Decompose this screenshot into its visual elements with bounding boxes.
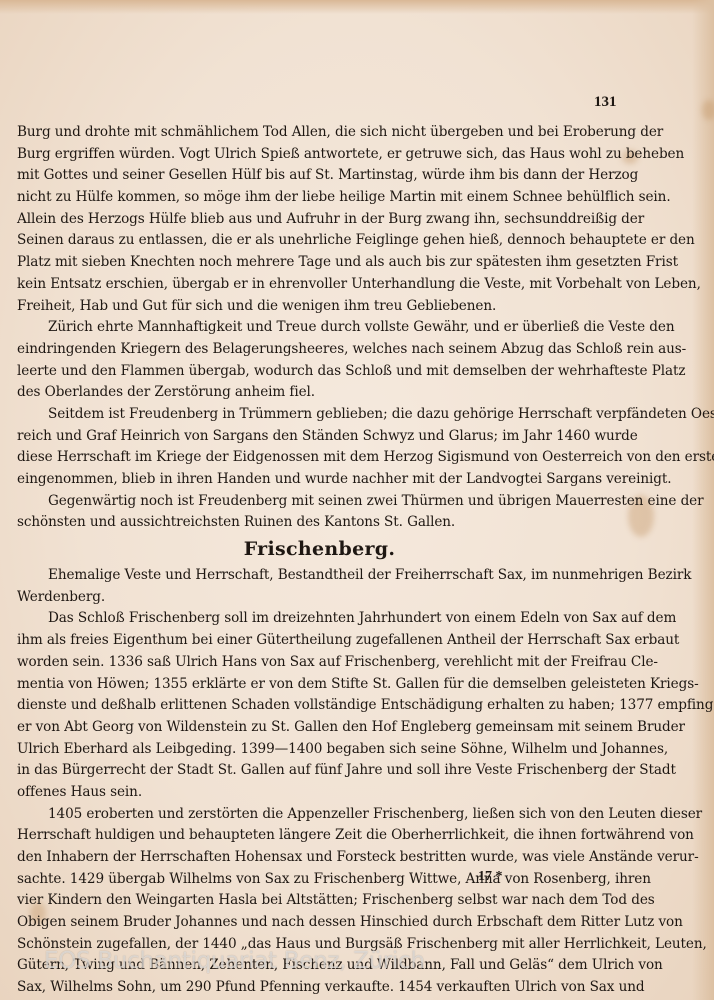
text-line: mentia von Höwen; 1355 erklärte er von d… (17, 674, 622, 696)
section-heading-frischenberg: Frischenberg. (17, 534, 622, 565)
text-line: vier Kindern den Weingarten Hasla bei Al… (17, 890, 622, 912)
page-edge-top (0, 0, 714, 14)
text-line: kein Entsatz erschien, übergab er in ehr… (17, 274, 622, 296)
section-freudenberg-continued: Burg und drohte mit schmählichem Tod All… (17, 122, 622, 534)
section-frischenberg: Ehemalige Veste und Herrschaft, Bestandt… (17, 565, 622, 999)
text-line: Werdenberg. (17, 587, 622, 609)
text-line: Sax, Wilhelms Sohn, um 290 Pfund Pfennin… (17, 977, 622, 999)
text-line: worden sein. 1336 saß Ulrich Hans von Sa… (17, 652, 622, 674)
text-line: den Inhabern der Herrschaften Hohensax u… (17, 847, 622, 869)
text-line: sachte. 1429 übergab Wilhelms von Sax zu… (17, 869, 622, 891)
text-line: Obigen seinem Bruder Johannes und nach d… (17, 912, 622, 934)
text-line: Burg ergriffen würden. Vogt Ulrich Spieß… (17, 144, 622, 166)
text-line: offenes Haus sein. (17, 782, 622, 804)
text-line: mit Gottes und seiner Gesellen Hülf bis … (17, 165, 622, 187)
text-line: eingenommen, blieb in ihren Handen und w… (17, 469, 622, 491)
text-line: Zürich ehrte Mannhaftigkeit und Treue du… (17, 317, 622, 339)
text-line: Seinen daraus zu entlassen, die er als u… (17, 230, 622, 252)
text-line: Ulrich Eberhard als Leibgeding. 1399—140… (17, 739, 622, 761)
text-line: 1405 eroberten und zerstörten die Appenz… (17, 804, 622, 826)
text-line: schönsten und aussichtreichsten Ruinen d… (17, 512, 622, 534)
text-line: reich und Graf Heinrich von Sargans den … (17, 426, 622, 448)
text-line: diese Herrschaft im Kriege der Eidgenoss… (17, 447, 622, 469)
text-line: er von Abt Georg von Wildenstein zu St. … (17, 717, 622, 739)
signature-mark: 17 * (478, 869, 503, 885)
page-number: 131 (594, 94, 617, 111)
watermark: EOS Buchantiquariat Benz, Zürich (44, 948, 425, 974)
text-line: Das Schloß Frischenberg soll im dreizehn… (17, 608, 622, 630)
text-line: eindringenden Kriegern des Belagerungshe… (17, 339, 622, 361)
text-line: leerte und den Flammen übergab, wodurch … (17, 361, 622, 383)
text-line: Freiheit, Hab und Gut für sich und die w… (17, 296, 622, 318)
text-line: in das Bürgerrecht der Stadt St. Gallen … (17, 760, 622, 782)
text-line: Ehemalige Veste und Herrschaft, Bestandt… (17, 565, 622, 587)
text-line: Gegenwärtig noch ist Freudenberg mit sei… (17, 491, 622, 513)
text-line: ihm als freies Eigenthum bei einer Güter… (17, 630, 622, 652)
foxing-stain (702, 100, 714, 120)
page-body: Burg und drohte mit schmählichem Tod All… (17, 122, 622, 999)
text-line: Allein des Herzogs Hülfe blieb aus und A… (17, 209, 622, 231)
text-line: Seitdem ist Freudenberg in Trümmern gebl… (17, 404, 622, 426)
text-line: Burg und drohte mit schmählichem Tod All… (17, 122, 622, 144)
text-line: Herrschaft huldigen und behaupteten läng… (17, 825, 622, 847)
text-line: nicht zu Hülfe kommen, so möge ihm der l… (17, 187, 622, 209)
text-line: Platz mit sieben Knechten noch mehrere T… (17, 252, 622, 274)
text-line: dienste und deßhalb erlittenen Schaden v… (17, 695, 622, 717)
text-line: des Oberlandes der Zerstörung anheim fie… (17, 382, 622, 404)
